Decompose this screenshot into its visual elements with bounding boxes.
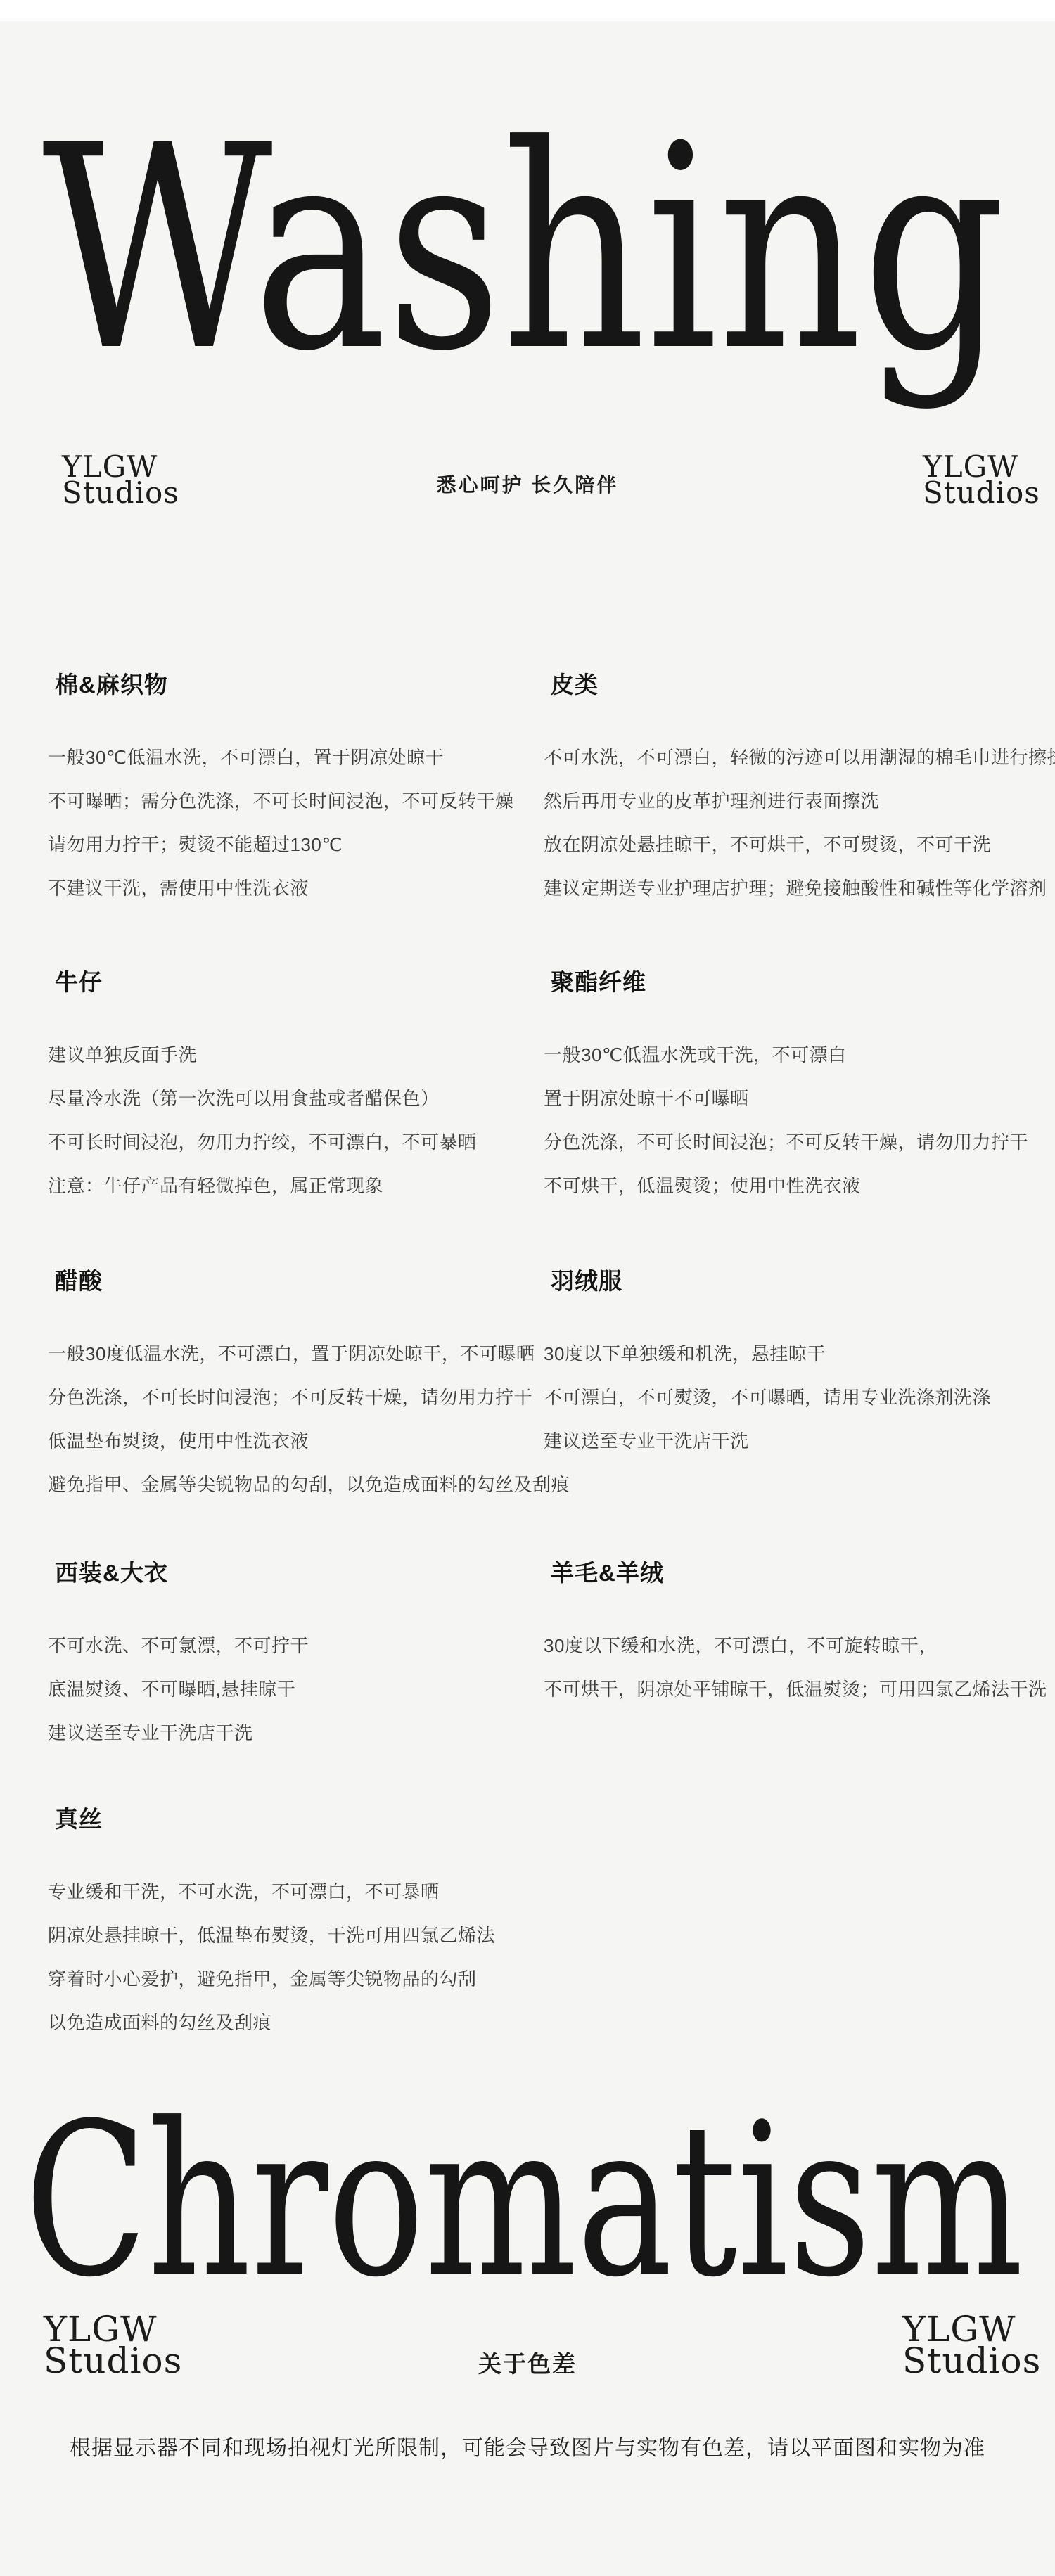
section-heading: 真丝 xyxy=(55,1804,540,1835)
care-line: 分色洗涤，不可长时间浸泡；不可反转干燥，请勿用力拧干 xyxy=(48,1376,540,1419)
section-heading: 聚酯纤维 xyxy=(551,967,1036,998)
section-leather: 皮类 不可水洗，不可漂白，轻微的污迹可以用潮湿的棉毛巾进行擦拭 然后再用专业的皮… xyxy=(544,669,1036,910)
care-line: 注意：牛仔产品有轻微掉色，属正常现象 xyxy=(48,1164,540,1207)
section-heading: 牛仔 xyxy=(55,967,540,998)
care-line: 建议定期送专业护理店护理；避免接触酸性和碱性等化学溶剂 xyxy=(544,866,1036,910)
logo-line-2: Studios xyxy=(902,2345,1041,2377)
studio-logo-top-right: YLGW Studios xyxy=(923,454,1040,506)
care-line: 不可长时间浸泡，勿用力拧绞，不可漂白，不可暴晒 xyxy=(48,1120,540,1164)
section-acetate: 醋酸 一般30度低温水洗，不可漂白，置于阴凉处晾干，不可曝晒 分色洗涤，不可长时… xyxy=(48,1266,540,1506)
care-line: 以免造成面料的勾丝及刮痕 xyxy=(48,2001,540,2044)
section-heading: 棉&麻织物 xyxy=(55,669,540,700)
care-line: 置于阴凉处晾干不可曝晒 xyxy=(544,1077,1036,1120)
section-lines: 30度以下单独缓和机洗，悬挂晾干 不可漂白，不可熨烫，不可曝晒，请用专业洗涤剂洗… xyxy=(544,1332,1036,1463)
care-guide-page: Washing YLGW Studios 悉心呵护 长久陪伴 YLGW Stud… xyxy=(0,0,1055,2576)
color-difference-note: 根据显示器不同和现场拍视灯光所限制，可能会导致图片与实物有色差，请以平面图和实物… xyxy=(0,2435,1055,2463)
section-cotton-linen: 棉&麻织物 一般30℃低温水洗，不可漂白，置于阴凉处晾干 不可曝晒；需分色洗涤，… xyxy=(48,669,540,910)
care-line: 不可水洗、不可氯漂，不可拧干 xyxy=(48,1624,540,1667)
section-lines: 30度以下缓和水洗，不可漂白，不可旋转晾干， 不可烘干，阴凉处平铺晾干，低温熨烫… xyxy=(544,1624,1036,1711)
care-line: 建议送至专业干洗店干洗 xyxy=(48,1711,540,1755)
care-line: 专业缓和干洗，不可水洗，不可漂白，不可暴晒 xyxy=(48,1870,540,1914)
section-heading: 羊毛&羊绒 xyxy=(551,1558,1036,1589)
care-line: 阴凉处悬挂晾干，低温垫布熨烫，干洗可用四氯乙烯法 xyxy=(48,1914,540,1957)
care-line: 尽量冷水洗（第一次洗可以用食盐或者醋保色） xyxy=(48,1077,540,1120)
care-line: 穿着时小心爱护，避免指甲，金属等尖锐物品的勾刮 xyxy=(48,1957,540,2001)
care-line: 一般30度低温水洗，不可漂白，置于阴凉处晾干，不可曝晒 xyxy=(48,1332,540,1376)
section-heading: 西装&大衣 xyxy=(55,1558,540,1589)
care-line: 30度以下缓和水洗，不可漂白，不可旋转晾干， xyxy=(544,1624,1036,1667)
care-line: 不可烘干，阴凉处平铺晾干，低温熨烫；可用四氯乙烯法干洗 xyxy=(544,1667,1036,1711)
washing-title: Washing xyxy=(42,86,1006,413)
chromatism-subtitle: 关于色差 xyxy=(0,2346,1055,2379)
care-line: 避免指甲、金属等尖锐物品的勾刮，以免造成面料的勾丝及刮痕 xyxy=(48,1463,540,1506)
logo-line-2: Studios xyxy=(923,480,1040,506)
care-line: 请勿用力拧干；熨烫不能超过130℃ xyxy=(48,823,540,866)
care-line: 不可烘干，低温熨烫；使用中性洗衣液 xyxy=(544,1164,1036,1207)
section-suit-coat: 西装&大衣 不可水洗、不可氯漂，不可拧干 底温熨烫、不可曝晒,悬挂晾干 建议送至… xyxy=(48,1558,540,1755)
section-lines: 建议单独反面手洗 尽量冷水洗（第一次洗可以用食盐或者醋保色） 不可长时间浸泡，勿… xyxy=(48,1033,540,1207)
section-lines: 一般30℃低温水洗或干洗，不可漂白 置于阴凉处晾干不可曝晒 分色洗涤，不可长时间… xyxy=(544,1033,1036,1207)
section-heading: 羽绒服 xyxy=(551,1266,1036,1297)
section-lines: 不可水洗、不可氯漂，不可拧干 底温熨烫、不可曝晒,悬挂晾干 建议送至专业干洗店干… xyxy=(48,1624,540,1755)
section-heading: 醋酸 xyxy=(55,1266,540,1297)
studio-logo-bottom-right: YLGW Studios xyxy=(902,2314,1041,2377)
care-tagline: 悉心呵护 长久陪伴 xyxy=(0,470,1055,498)
section-lines: 一般30℃低温水洗，不可漂白，置于阴凉处晾干 不可曝晒；需分色洗涤，不可长时间浸… xyxy=(48,736,540,910)
section-lines: 一般30度低温水洗，不可漂白，置于阴凉处晾干，不可曝晒 分色洗涤，不可长时间浸泡… xyxy=(48,1332,540,1506)
care-line: 不可曝晒；需分色洗涤，不可长时间浸泡，不可反转干燥 xyxy=(48,779,540,823)
section-polyester: 聚酯纤维 一般30℃低温水洗或干洗，不可漂白 置于阴凉处晾干不可曝晒 分色洗涤，… xyxy=(544,967,1036,1207)
care-line: 底温熨烫、不可曝晒,悬挂晾干 xyxy=(48,1667,540,1711)
care-line: 然后再用专业的皮革护理剂进行表面擦洗 xyxy=(544,779,1036,823)
care-line: 不可水洗，不可漂白，轻微的污迹可以用潮湿的棉毛巾进行擦拭 xyxy=(544,736,1036,779)
care-line: 分色洗涤，不可长时间浸泡；不可反转干燥，请勿用力拧干 xyxy=(544,1120,1036,1164)
care-line: 一般30℃低温水洗，不可漂白，置于阴凉处晾干 xyxy=(48,736,540,779)
chromatism-title: Chromatism xyxy=(25,2078,1023,2324)
care-line: 不可漂白，不可熨烫，不可曝晒，请用专业洗涤剂洗涤 xyxy=(544,1376,1036,1419)
care-line: 低温垫布熨烫，使用中性洗衣液 xyxy=(48,1419,540,1463)
section-silk: 真丝 专业缓和干洗，不可水洗，不可漂白，不可暴晒 阴凉处悬挂晾干，低温垫布熨烫，… xyxy=(48,1804,540,2044)
care-line: 建议送至专业干洗店干洗 xyxy=(544,1419,1036,1463)
section-wool-cashmere: 羊毛&羊绒 30度以下缓和水洗，不可漂白，不可旋转晾干， 不可烘干，阴凉处平铺晾… xyxy=(544,1558,1036,1711)
section-down-jacket: 羽绒服 30度以下单独缓和机洗，悬挂晾干 不可漂白，不可熨烫，不可曝晒，请用专业… xyxy=(544,1266,1036,1463)
section-denim: 牛仔 建议单独反面手洗 尽量冷水洗（第一次洗可以用食盐或者醋保色） 不可长时间浸… xyxy=(48,967,540,1207)
care-line: 30度以下单独缓和机洗，悬挂晾干 xyxy=(544,1332,1036,1376)
care-line: 放在阴凉处悬挂晾干，不可烘干，不可熨烫，不可干洗 xyxy=(544,823,1036,866)
care-line: 建议单独反面手洗 xyxy=(48,1033,540,1077)
care-line: 一般30℃低温水洗或干洗，不可漂白 xyxy=(544,1033,1036,1077)
section-heading: 皮类 xyxy=(551,669,1036,700)
care-line: 不建议干洗，需使用中性洗衣液 xyxy=(48,866,540,910)
section-lines: 不可水洗，不可漂白，轻微的污迹可以用潮湿的棉毛巾进行擦拭 然后再用专业的皮革护理… xyxy=(544,736,1036,910)
section-lines: 专业缓和干洗，不可水洗，不可漂白，不可暴晒 阴凉处悬挂晾干，低温垫布熨烫，干洗可… xyxy=(48,1870,540,2044)
